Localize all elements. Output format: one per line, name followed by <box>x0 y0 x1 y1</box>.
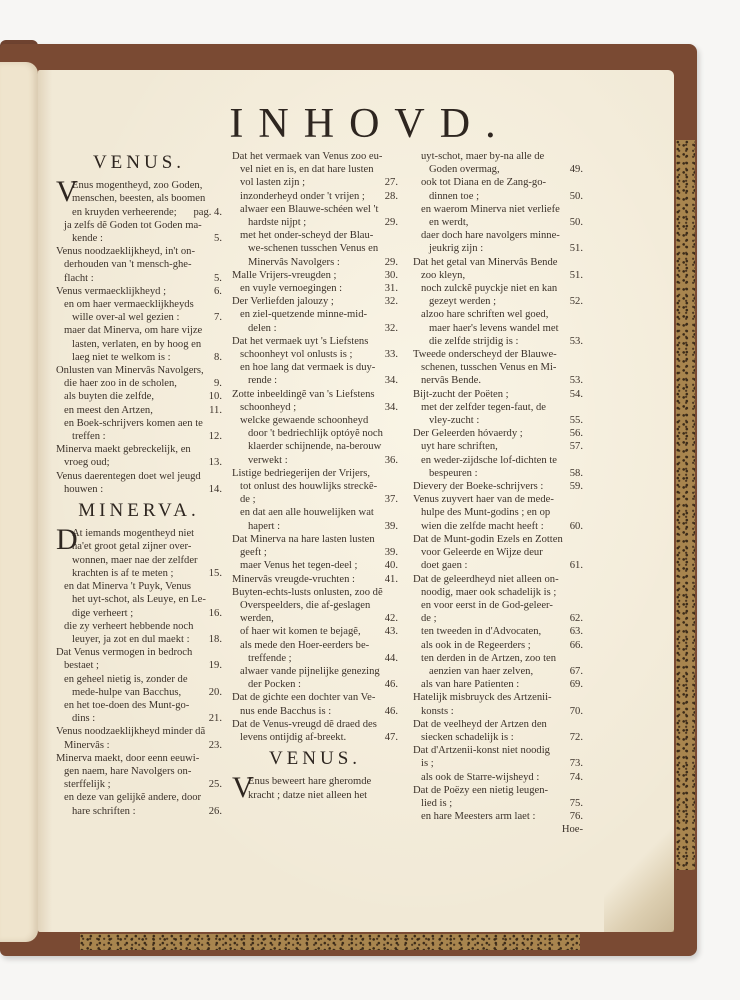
page-number: 76. <box>564 810 583 823</box>
entry-text: Dat het vermaek uyt 's Liefstens <box>240 335 368 348</box>
page-number: 25. <box>211 778 222 791</box>
page-number: 26. <box>203 805 222 818</box>
entry-text: doet gaen : <box>429 559 467 572</box>
entry-text: ten tweeden in d'Advocaten, <box>421 625 541 638</box>
entry-text: Dat Minerva na hare lasten lusten <box>240 533 375 546</box>
page-number: 12. <box>203 430 222 443</box>
entry-text: die zy verheert hebbende noch <box>64 620 193 633</box>
toc-entry: en weder-zijdsche lof-dichten tebespeure… <box>413 454 583 480</box>
entry-text: en geheel nietig is, zonder de <box>64 673 188 686</box>
page-number: 61. <box>572 559 583 572</box>
entry-text: aenzien van haer zelven, <box>429 665 533 678</box>
entry-text: en meest den Artzen, <box>64 404 153 417</box>
entry-text: en kruyden verheerende; <box>72 206 177 219</box>
entry-text: maer haer's levens wandel met <box>429 322 559 335</box>
entry-text: kende : <box>72 232 103 245</box>
entry-text: inzonderheyd onder 't vrijen ; <box>240 190 365 203</box>
entry-text: voor Geleerde en Wijze deur <box>429 546 543 559</box>
entry-text: wonnen, maer nae der zelfder <box>72 554 198 567</box>
entry-text: Venus zuyvert haer van de mede- <box>421 493 554 506</box>
page-edge-right <box>676 140 695 870</box>
toc-entry: en Boek-schrijvers komen aen tetreffen :… <box>56 417 222 443</box>
toc-entry: Dat de geleerdheyd niet alleen on-noodig… <box>413 573 583 626</box>
entry-text: nus ende Bacchus is : <box>248 705 331 718</box>
entry-text: geeft ; <box>248 546 267 559</box>
page-number: 44. <box>379 652 398 665</box>
page-number: 54. <box>572 388 583 401</box>
page-number: 70. <box>572 705 583 718</box>
entry-text: we-schenen tusschen Venus en <box>248 242 378 255</box>
entry-text: Dievery der Boeke-schrijvers : <box>421 480 543 493</box>
page-number: 40. <box>379 559 398 572</box>
page-number: 75. <box>572 797 583 810</box>
entry-text: en het toe-doen des Munt-go- <box>64 699 189 712</box>
page-edge-bottom <box>80 934 580 950</box>
entry-text: gen naem, hare Navolgers on- <box>72 765 191 778</box>
toc-entry: Malle Vrijers-vreugden ;30. <box>232 269 398 282</box>
toc-entry: inzonderheyd onder 't vrijen ;28. <box>232 190 398 203</box>
entry-text: Overspeelders, die af-geslagen <box>248 599 370 612</box>
entry-text: flacht : <box>72 272 94 285</box>
toc-entry: VEnus mogentheyd, zoo Goden,menschen, be… <box>56 179 222 219</box>
entry-text: konsts : <box>429 705 454 718</box>
entry-text: en hoe lang dat vermaek is duy- <box>240 361 375 374</box>
page-number: 20. <box>203 686 222 699</box>
entry-text: dinnen toe ; <box>429 190 479 203</box>
page-number: 46. <box>387 705 398 718</box>
entry-text: maer Venus het tegen-deel ; <box>240 559 357 572</box>
page-number: pag. 4. <box>187 206 222 219</box>
page-number: 13. <box>211 456 222 469</box>
entry-text: daer doch hare navolgers minne- <box>421 229 560 242</box>
toc-entry: als van hare Patienten :69. <box>413 678 583 691</box>
page-number: 39. <box>387 546 398 559</box>
page-number: 32. <box>379 322 398 335</box>
entry-text: als buyten die zelfde, <box>64 390 154 403</box>
toc-entry: VEnus beweert hare gheromdekracht ; datz… <box>232 775 398 801</box>
entry-text: als ook de Starre-wijsheyd : <box>421 771 539 784</box>
page-number: 47. <box>387 731 398 744</box>
entry-text: wien die zelfde macht heeft : <box>429 520 544 533</box>
entry-text: laeg niet te welkom is : <box>72 351 171 364</box>
entry-text: die haer zoo in de scholen, <box>72 377 177 390</box>
toc-column-3: uyt-schot, maer by-na alle deGoden overm… <box>413 150 583 837</box>
toc-entry: die zy verheert hebbende nochleuyer, ja … <box>56 620 222 646</box>
entry-text: en vuyle vernoegingen : <box>240 282 342 295</box>
page-number: 58. <box>564 467 583 480</box>
page-number: 32. <box>387 295 398 308</box>
toc-entry: en meest den Artzen,11. <box>56 404 222 417</box>
page-number: 60. <box>572 520 583 533</box>
toc-entry: Zotte inbeeldingẽ van 's Liefstensschoon… <box>232 388 398 414</box>
page-number: 51. <box>572 269 583 282</box>
entry-text: Dat de gichte een dochter van Ve- <box>240 691 375 704</box>
entry-text: en om haer vermaecklijkheyds <box>64 298 194 311</box>
toc-entry: Hatelijk misbruyck des Artzenii-konsts :… <box>413 691 583 717</box>
page-number: 10. <box>203 390 222 403</box>
toc-column-2: Dat het vermaek van Venus zoo eu-vel nie… <box>232 150 398 802</box>
entry-text: Enus mogentheyd, zoo Goden, <box>72 179 202 192</box>
entry-text: Zotte inbeeldingẽ van 's Liefstens <box>240 388 375 401</box>
toc-entry: Minerva maekt gebreckelijk, envroeg oud;… <box>56 443 222 469</box>
page-number: 31. <box>379 282 398 295</box>
entry-text: als mede den Hoer-eerders be- <box>240 639 369 652</box>
page-number: 56. <box>572 427 583 440</box>
entry-text: Minervâs : <box>72 739 110 752</box>
entry-text: Dat het getal van Minervâs Bende <box>421 256 557 269</box>
entry-text: Der Geleerden hóvaerdy ; <box>421 427 523 440</box>
entry-text: met het onder-scheyd der Blau- <box>240 229 373 242</box>
entry-text: en werdt, <box>429 216 468 229</box>
entry-text: uyt hare schriften, <box>421 440 498 453</box>
page-number: 49. <box>564 163 583 176</box>
entry-text: Goden overmag, <box>429 163 500 176</box>
entry-text: hulpe des Munt-godins ; en op <box>429 506 550 519</box>
entry-text: derhouden van 't mensch-ghe- <box>72 258 192 271</box>
entry-text: Dat het vermaek van Venus zoo eu- <box>240 150 382 163</box>
entry-text: uyt-schot, maer by-na alle de <box>421 150 544 163</box>
page-number: 50. <box>564 190 583 203</box>
entry-text: en dat aen alle houwelijken wat <box>240 506 374 519</box>
entry-text: ja zelfs dẽ Goden tot Goden ma- <box>64 219 202 232</box>
entry-text: Minervâs vreugde-vruchten : <box>240 573 355 586</box>
entry-text: Onlusten van Minervâs Navolgers, <box>64 364 204 377</box>
entry-text: de ; <box>429 612 437 625</box>
entry-text: Listige bedriegerijen der Vrijers, <box>240 467 370 480</box>
entry-text: de ; <box>248 493 256 506</box>
page-number: 52. <box>564 295 583 308</box>
entry-text: Venus daerentegen doet wel jeugd <box>64 470 201 483</box>
toc-entry: Listige bedriegerijen der Vrijers,tot on… <box>232 467 398 507</box>
entry-text: Dat d'Artzenii-konst niet noodig <box>421 744 550 757</box>
entry-text: ook tot Diana en de Zang-go- <box>421 176 546 189</box>
entry-text: jeukrig zijn : <box>429 242 483 255</box>
entry-text: die zelfde strijdig is : <box>429 335 518 348</box>
section-heading: VENUS. <box>232 752 398 765</box>
toc-entry: of haer wit komen te bejagẽ,43. <box>232 625 398 638</box>
toc-entry: en het toe-doen des Munt-go-dins :21. <box>56 699 222 725</box>
entry-text: Hatelijk misbruyck des Artzenii- <box>421 691 552 704</box>
entry-text: welcke gewaende schoonheyd <box>240 414 368 427</box>
toc-entry: ten derden in de Artzen, zoo tenaenzien … <box>413 652 583 678</box>
entry-text: of haer wit komen te bejagẽ, <box>240 625 361 638</box>
page-number: 9. <box>216 377 222 390</box>
toc-entry: Dat het getal van Minervâs Bendezoo kley… <box>413 256 583 282</box>
entry-text: en weder-zijdsche lof-dichten te <box>421 454 557 467</box>
page-number: 11. <box>203 404 222 417</box>
entry-text: krachten is af te meten ; <box>72 567 173 580</box>
toc-entry: en vuyle vernoegingen :31. <box>232 282 398 295</box>
entry-text: Tweede onderscheyd der Blauwe- <box>421 348 557 361</box>
page-number: 39. <box>379 520 398 533</box>
page-number: 34. <box>379 374 398 387</box>
toc-entry: Dat de Munt-godin Ezels en Zottenvoor Ge… <box>413 533 583 573</box>
page-number: 53. <box>564 335 583 348</box>
entry-text: Dat de Venus-vreugd dẽ draed des <box>240 718 377 731</box>
page-number: 66. <box>564 639 583 652</box>
entry-text: Dat Venus vermogen in bedroch <box>64 646 192 659</box>
entry-text: lied is ; <box>429 797 452 810</box>
entry-text: Enus beweert hare gheromde <box>248 775 371 788</box>
entry-text: Malle Vrijers-vreugden ; <box>240 269 336 282</box>
page-number: 63. <box>564 625 583 638</box>
toc-entry: Dat de Poëzy een nietig leugen-lied is ;… <box>413 784 583 810</box>
entry-text: hare schriften : <box>72 805 136 818</box>
page-number: 29. <box>379 256 398 269</box>
toc-entry: Minerva maekt, door eenn eeuwi-gen naem,… <box>56 752 222 792</box>
section-heading: VENUS. <box>56 156 222 169</box>
toc-entry: Venus noodzaeklijkheyd, in't on-derhoude… <box>56 245 222 285</box>
entry-text: Venus vermaecklijkheyd ; <box>64 285 166 298</box>
entry-text: kracht ; datze niet alleen het <box>248 789 367 802</box>
entry-text: vley-zucht : <box>429 414 479 427</box>
entry-text: Dat de veelheyd der Artzen den <box>421 718 547 731</box>
page-title: INHOVD. <box>0 100 740 148</box>
toc-entry: Venus noodzaeklijkheyd minder dãMinervâs… <box>56 725 222 751</box>
toc-entry: Der Geleerden hóvaerdy ;56. <box>413 427 583 440</box>
section-heading: MINERVA. <box>56 504 222 517</box>
page-number: 51. <box>564 242 583 255</box>
toc-entry: welcke gewaende schoonheyddoor 't bedrie… <box>232 414 398 467</box>
entry-text: verwekt : <box>248 454 288 467</box>
entry-text: hapert : <box>248 520 280 533</box>
toc-entry: met het onder-scheyd der Blau-we-schenen… <box>232 229 398 269</box>
entry-text: hardste nijpt ; <box>248 216 306 229</box>
entry-text: en voor eerst in de God-geleer- <box>429 599 553 612</box>
toc-entry: als buyten die zelfde,10. <box>56 390 222 403</box>
toc-entry: Bijt-zucht der Poëten ;54. <box>413 388 583 401</box>
entry-text: Venus noodzaeklijkheyd minder dã <box>64 725 205 738</box>
entry-text: lasten, verlaten, en by hoog en <box>72 338 201 351</box>
entry-text: na'et groot getal zijner over- <box>72 540 191 553</box>
toc-entry: Dat Venus vermogen in bedrochbestaet ;19… <box>56 646 222 672</box>
entry-text: zoo kleyn, <box>429 269 465 282</box>
toc-entry: en om haer vermaecklijkheydswille over-a… <box>56 298 222 324</box>
page-number: 14. <box>211 483 222 496</box>
entry-text: gezeyt werden ; <box>429 295 496 308</box>
page-number: 50. <box>564 216 583 229</box>
entry-text: treffende ; <box>248 652 292 665</box>
page-number: 15. <box>203 567 222 580</box>
page-number: 59. <box>572 480 583 493</box>
entry-text: dins : <box>72 712 95 725</box>
toc-entry: maer dat Minerva, om hare vijzelasten, v… <box>56 324 222 364</box>
page-number: 7. <box>208 311 222 324</box>
drop-cap: V <box>232 774 254 802</box>
toc-entry: DAt iemands mogentheyd nietna'et groot g… <box>56 527 222 580</box>
entry-text: werden, <box>248 612 274 625</box>
entry-text: alwaer vande pijnelijke genezing <box>240 665 380 678</box>
entry-text: rende : <box>248 374 277 387</box>
entry-text: schoonheyt vol onlusts is ; <box>248 348 352 361</box>
toc-entry: Dievery der Boeke-schrijvers :59. <box>413 480 583 493</box>
entry-text: der Pocken : <box>248 678 301 691</box>
entry-text: Minerva maekt gebreckelijk, en <box>64 443 191 456</box>
toc-entry: Dat de Venus-vreugd dẽ draed deslevens o… <box>232 718 398 744</box>
entry-text: bespeuren : <box>429 467 478 480</box>
toc-entry: Dat het vermaek uyt 's Liefstensschoonhe… <box>232 335 398 361</box>
entry-text: vroeg oud; <box>72 456 110 469</box>
page-number: 67. <box>564 665 583 678</box>
toc-entry: als ook de Starre-wijsheyd :74. <box>413 771 583 784</box>
entry-text: wille over-al wel gezien : <box>72 311 179 324</box>
entry-text: is ; <box>429 757 434 770</box>
toc-entry: ook tot Diana en de Zang-go-dinnen toe ;… <box>413 176 583 202</box>
page-number: 33. <box>387 348 398 361</box>
entry-text: Dat de Poëzy een nietig leugen- <box>421 784 548 797</box>
entry-text: mede-hulpe van Bacchus, <box>72 686 181 699</box>
page-number: 6. <box>216 285 222 298</box>
toc-entry: noch zulckẽ puyckje niet en kangezeyt we… <box>413 282 583 308</box>
entry-text: Dat de Munt-godin Ezels en Zotten <box>421 533 563 546</box>
page-number: 18. <box>203 633 222 646</box>
toc-entry: Venus zuyvert haer van de mede-hulpe des… <box>413 493 583 533</box>
page-number: 29. <box>379 216 398 229</box>
toc-entry: en waerom Minerva niet verliefeen werdt,… <box>413 203 583 229</box>
toc-entry: Dat de gichte een dochter van Ve-nus end… <box>232 691 398 717</box>
entry-text: en ziel-quetzende minne-mid- <box>240 308 367 321</box>
page-number: 5. <box>216 272 222 285</box>
entry-text: als van hare Patienten : <box>421 678 519 691</box>
page-number: 19. <box>211 659 222 672</box>
entry-text: delen : <box>248 322 277 335</box>
toc-entry: Dat het vermaek van Venus zoo eu-vel nie… <box>232 150 398 190</box>
page-number: 23. <box>211 739 222 752</box>
entry-text: menschen, beesten, als boomen <box>72 192 205 205</box>
page-number: 57. <box>564 440 583 453</box>
toc-entry: uyt hare schriften,57. <box>413 440 583 453</box>
entry-text: Buyten-echts-lusts onlusten, zoo dẽ <box>240 586 383 599</box>
entry-text: siecken schadelijk is : <box>429 731 514 744</box>
page-number: 74. <box>564 771 583 784</box>
toc-entry: ja zelfs dẽ Goden tot Goden ma-kende :5. <box>56 219 222 245</box>
entry-text: en dat Minerva 't Puyk, Venus <box>64 580 191 593</box>
entry-text: vel niet en is, en dat hare lusten <box>248 163 374 176</box>
entry-text: Minerva maekt, door eenn eeuwi- <box>64 752 199 765</box>
page-number: 16. <box>203 607 222 620</box>
entry-text: het uyt-schot, als Leuye, en Le- <box>72 593 206 606</box>
catchword: Hoe- <box>413 823 583 836</box>
entry-text: als ook in de Regeerders ; <box>421 639 531 652</box>
page-number: 46. <box>379 678 398 691</box>
entry-text: alzoo hare schriften wel goed, <box>421 308 548 321</box>
drop-cap: D <box>56 526 78 554</box>
toc-entry: maer Venus het tegen-deel ;40. <box>232 559 398 572</box>
drop-cap: V <box>56 178 78 206</box>
page-number: 28. <box>379 190 398 203</box>
toc-entry: alwaer een Blauwe-schéen wel 'thardste n… <box>232 203 398 229</box>
entry-text: en hare Meesters arm laet : <box>421 810 535 823</box>
page-number: 69. <box>564 678 583 691</box>
entry-text: Minervâs Navolgers : <box>248 256 340 269</box>
page-number: 73. <box>572 757 583 770</box>
toc-entry: en hoe lang dat vermaek is duy-rende :34… <box>232 361 398 387</box>
page-number: 42. <box>387 612 398 625</box>
entry-text: tot onlust des houwlijks streckẽ- <box>248 480 377 493</box>
page-number: 36. <box>379 454 398 467</box>
page-number: 34. <box>387 401 398 414</box>
page-number: 21. <box>203 712 222 725</box>
toc-entry: alwaer vande pijnelijke genezingder Pock… <box>232 665 398 691</box>
entry-text: nervâs Bende. <box>429 374 481 387</box>
page-number: 55. <box>564 414 583 427</box>
entry-text: levens ontijdig af-breekt. <box>248 731 346 744</box>
entry-text: schoonheyd ; <box>248 401 296 414</box>
toc-entry: daer doch hare navolgers minne-jeukrig z… <box>413 229 583 255</box>
page-number: 8. <box>208 351 222 364</box>
toc-entry: Buyten-echts-lusts onlusten, zoo dẽOvers… <box>232 586 398 626</box>
toc-entry: Dat de veelheyd der Artzen densiecken sc… <box>413 718 583 744</box>
entry-text: dige verheert ; <box>72 607 133 620</box>
page-number: 53. <box>572 374 583 387</box>
entry-text: Venus noodzaeklijkheyd, in't on- <box>64 245 195 258</box>
toc-entry: en dat Minerva 't Puyk, Venushet uyt-sch… <box>56 580 222 620</box>
entry-text: leuyer, ja zot en dul maekt : <box>72 633 190 646</box>
entry-text: maer dat Minerva, om hare vijze <box>64 324 202 337</box>
entry-text: sterffelijk ; <box>72 778 111 791</box>
entry-text: houwen : <box>72 483 103 496</box>
toc-entry: en dat aen alle houwelijken wathapert :3… <box>232 506 398 532</box>
page-number: 43. <box>379 625 398 638</box>
toc-entry: Tweede onderscheyd der Blauwe-schenen, t… <box>413 348 583 388</box>
entry-text: klaerder schijnende, na-berouw <box>248 440 381 453</box>
page-number: 62. <box>572 612 583 625</box>
toc-entry: Onlusten van Minervâs Navolgers,die haer… <box>56 364 222 390</box>
toc-entry: als mede den Hoer-eerders be-treffende ;… <box>232 639 398 665</box>
entry-text: Dat de geleerdheyd niet alleen on- <box>421 573 559 586</box>
toc-entry: uyt-schot, maer by-na alle deGoden overm… <box>413 150 583 176</box>
left-page-edge <box>0 62 38 942</box>
toc-entry: Venus vermaecklijkheyd ;6. <box>56 285 222 298</box>
entry-text: en waerom Minerva niet verliefe <box>421 203 560 216</box>
page-number: 30. <box>387 269 398 282</box>
toc-entry: en ziel-quetzende minne-mid-delen :32. <box>232 308 398 334</box>
toc-entry: en deze van gelijkẽ andere, doorhare sch… <box>56 791 222 817</box>
toc-entry: ten tweeden in d'Advocaten,63. <box>413 625 583 638</box>
toc-entry: Minervâs vreugde-vruchten :41. <box>232 573 398 586</box>
page-number: 41. <box>387 573 398 586</box>
entry-text: alwaer een Blauwe-schéen wel 't <box>240 203 378 216</box>
entry-text: At iemands mogentheyd niet <box>72 527 194 540</box>
entry-text: schenen, tusschen Venus en Mi- <box>429 361 556 374</box>
entry-text: vol lasten zijn ; <box>248 176 305 189</box>
entry-text: treffen : <box>72 430 106 443</box>
entry-text: ten derden in de Artzen, zoo ten <box>421 652 556 665</box>
entry-text: noch zulckẽ puyckje niet en kan <box>421 282 557 295</box>
toc-entry: met der zelfder tegen-faut, devley-zucht… <box>413 401 583 427</box>
toc-entry: en hare Meesters arm laet :76. <box>413 810 583 823</box>
page-number: 72. <box>572 731 583 744</box>
toc-entry: Dat d'Artzenii-konst niet noodigis ;73. <box>413 744 583 770</box>
entry-text: met der zelfder tegen-faut, de <box>421 401 546 414</box>
toc-column-1: VENUS.VEnus mogentheyd, zoo Goden,mensch… <box>56 150 222 818</box>
toc-entry: Der Verliefden jalouzy ;32. <box>232 295 398 308</box>
toc-entry: en geheel nietig is, zonder demede-hulpe… <box>56 673 222 699</box>
entry-text: en deze van gelijkẽ andere, door <box>64 791 201 804</box>
entry-text: bestaet ; <box>72 659 99 672</box>
entry-text: Der Verliefden jalouzy ; <box>240 295 334 308</box>
toc-entry: alzoo hare schriften wel goed,maer haer'… <box>413 308 583 348</box>
toc-entry: Venus daerentegen doet wel jeugdhouwen :… <box>56 470 222 496</box>
entry-text: Bijt-zucht der Poëten ; <box>421 388 509 401</box>
entry-text: door 't bedriechlijk optóyẽ noch <box>248 427 383 440</box>
page-number: 37. <box>387 493 398 506</box>
page-number: 27. <box>387 176 398 189</box>
toc-entry: als ook in de Regeerders ;66. <box>413 639 583 652</box>
toc-entry: Dat Minerva na hare lasten lustengeeft ;… <box>232 533 398 559</box>
page-number: 5. <box>208 232 222 245</box>
entry-text: noodig, maer ook schadelijk is ; <box>429 586 556 599</box>
